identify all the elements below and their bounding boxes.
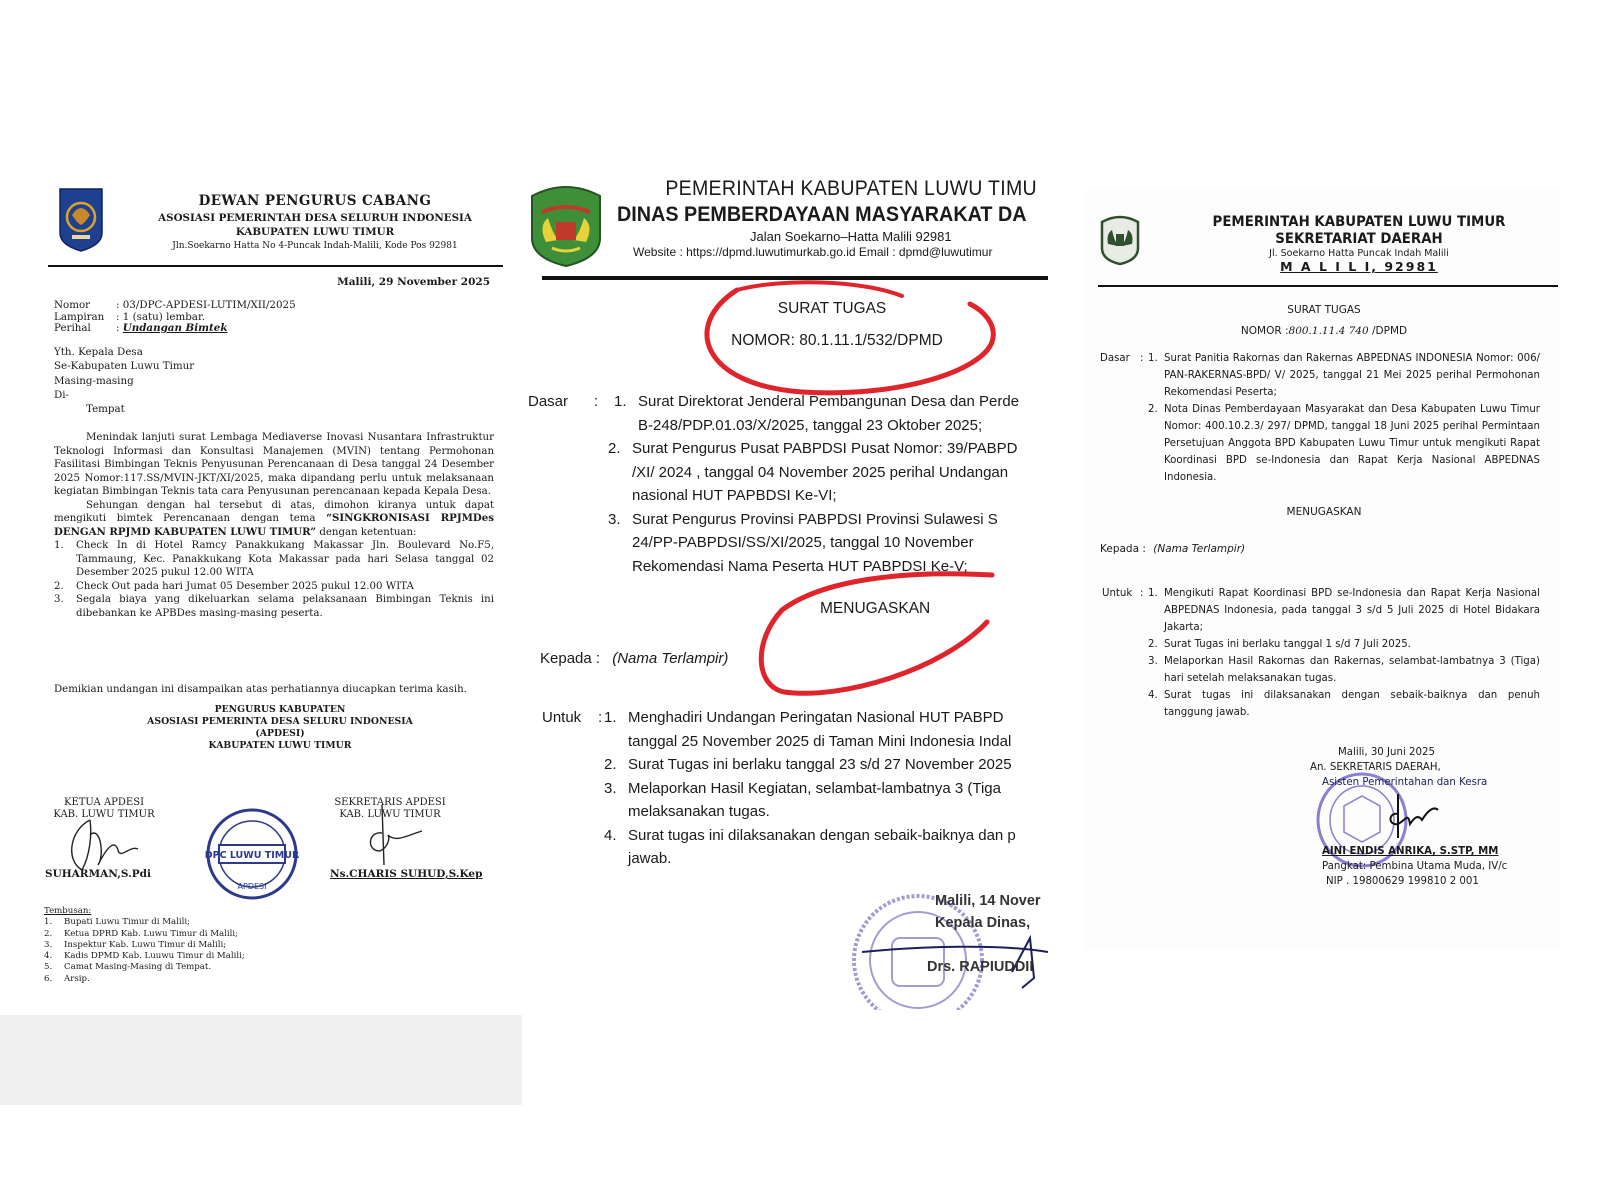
item-text: Inspektur Kab. Luwu Timur di Malili; — [64, 940, 226, 951]
letterhead: DEWAN PENGURUS CABANG ASOSIASI PEMERINTA… — [115, 193, 515, 251]
copies-title: Tembusan: — [44, 906, 245, 917]
signatory-org: PENGURUS KABUPATEN ASOSIASI PEMERINTA DE… — [80, 704, 480, 752]
item-text: Menghadiri Undangan Peringatan Nasional … — [628, 706, 1011, 730]
item-number: 2. — [1148, 636, 1164, 653]
chair-name: SUHARMAN,S.Pdi — [45, 868, 151, 880]
dasar-list: 1.Surat Panitia Rakornas dan Rakernas AB… — [1148, 350, 1540, 486]
item-text: Check In di Hotel Ramcy Panakkukang Maka… — [76, 539, 494, 580]
list-item: 3.Segala biaya yang dikeluarkan selama p… — [54, 593, 494, 620]
item-number: 3. — [608, 508, 632, 579]
list-item: 1.Bupati Luwu Timur di Malili; — [44, 917, 245, 928]
signature-block: Malili, 14 Nover Kepala Dinas, Drs. RAPI… — [935, 890, 1041, 978]
list-item: 1.Surat Panitia Rakornas dan Rakernas AB… — [1148, 350, 1540, 401]
perihal-label: Perihal — [54, 323, 116, 335]
item-number: 2. — [44, 929, 64, 940]
nomor-prefix: NOMOR : — [1241, 325, 1289, 337]
agency-name: SEKRETARIAT DAERAH — [1180, 231, 1539, 247]
list-item: 2.Surat Tugas ini berlaku tanggal 1 s/d … — [1148, 636, 1540, 653]
item-text: Surat Direktorat Jenderal Pembangunan De… — [638, 390, 1019, 414]
gov-name: PEMERINTAH KABUPATEN LUWU TIMUR — [1180, 214, 1539, 230]
perihal-sep: : — [116, 322, 123, 334]
item-text: Surat Tugas ini berlaku tanggal 23 s/d 2… — [628, 753, 1012, 777]
sign-title: Kepala Dinas, — [935, 912, 1041, 934]
dasar-list: 1.Surat Direktorat Jenderal Pembangunan … — [614, 390, 1048, 578]
list-item: 2.Surat Tugas ini berlaku tanggal 23 s/d… — [604, 753, 1048, 777]
recipient-place: Tempat — [54, 402, 194, 416]
item-number: 5. — [44, 962, 64, 973]
dasar-colon: : — [1140, 350, 1143, 367]
item-text: 24/PP-PABPDSI/SS/XI/2025, tanggal 10 Nov… — [632, 531, 998, 555]
untuk-list: 1.Mengikuti Rapat Koordinasi BPD se-Indo… — [1148, 585, 1540, 721]
nomor-value: : 03/DPC-APDESI-LUTIM/XII/2025 — [116, 300, 296, 312]
recipient-block: Yth. Kepala Desa Se-Kabupaten Luwu Timur… — [54, 345, 194, 416]
letter-number: NOMOR :800.1.11.4 740 /DPMD — [1184, 325, 1464, 337]
item-number: 3. — [44, 940, 64, 951]
copies-list: Tembusan: 1.Bupati Luwu Timur di Malili;… — [44, 906, 245, 985]
signatory-org-line: (APDESI) — [80, 728, 480, 740]
scan-margin — [0, 1015, 522, 1105]
list-item: 2.Ketua DPRD Kab. Luwu Timur di Malili; — [44, 929, 245, 940]
closing-paragraph: Demikian undangan ini disampaikan atas p… — [54, 683, 494, 697]
sign-nip: NIP . 19800629 199810 2 001 — [1310, 874, 1560, 889]
item-text: Surat Panitia Rakornas dan Rakernas ABPE… — [1164, 350, 1540, 401]
letterhead: PEMERINTAH KABUPATEN LUWU TIMU DINAS PEM… — [617, 177, 1048, 259]
item-text: nasional HUT PAPBDSI Ke-VI; — [632, 484, 1017, 508]
untuk-label: Untuk — [1102, 585, 1132, 602]
letter-number: NOMOR: 80.1.11.1/532/DPMD — [702, 332, 972, 350]
letter-body: Menindak lanjuti surat Lembaga Mediavers… — [54, 431, 494, 620]
list-item: 6.Arsip. — [44, 974, 245, 985]
agency-contact: Website : https://dpmd.luwutimurkab.go.i… — [617, 245, 1048, 259]
item-text: Rekomendasi Nama Peserta HUT PABPDSI Ke-… — [632, 555, 998, 579]
sign-name: Drs. RAPIUDDII — [927, 956, 1041, 978]
item-number: 1. — [1148, 350, 1164, 401]
item-text: /XI/ 2024 , tanggal 04 November 2025 per… — [632, 461, 1017, 485]
item-text: Check Out pada hari Jumat 05 Desember 20… — [76, 580, 494, 594]
recipient-line: Masing-masing — [54, 374, 194, 388]
agency-address: Jl. Soekarno Hatta Puncak Indah Malili — [1164, 248, 1554, 259]
letterhead: PEMERINTAH KABUPATEN LUWU TIMUR SEKRETAR… — [1164, 214, 1554, 274]
list-item: 3.Melaporkan Hasil Kegiatan, selambat-la… — [604, 777, 1048, 824]
list-item: 1.Menghadiri Undangan Peringatan Nasiona… — [604, 706, 1048, 753]
signature-space — [935, 934, 1041, 956]
secretary-name: Ns.CHARIS SUHUD,S.Kep — [330, 868, 482, 880]
letter-title: SURAT TUGAS — [702, 300, 962, 318]
signature-block: Malili, 30 Juni 2025 An. SEKRETARIS DAER… — [1310, 745, 1560, 889]
letter-date: Malili, 29 November 2025 — [300, 276, 490, 288]
untuk-colon: : — [598, 706, 602, 730]
letter-meta: Nomor: 03/DPC-APDESI-LUTIM/XII/2025 Lamp… — [54, 300, 296, 335]
apdesi-logo-icon — [58, 187, 104, 253]
item-text: melaksanakan tugas. — [628, 800, 1001, 824]
org-association: ASOSIASI PEMERINTAH DESA SELURUH INDONES… — [115, 212, 515, 224]
letter-title: SURAT TUGAS — [1204, 304, 1444, 316]
list-item: 5.Camat Masing-Masing di Tempat. — [44, 962, 245, 973]
item-number: 6. — [44, 974, 64, 985]
signature-icon — [60, 815, 150, 875]
list-item: 1.Surat Direktorat Jenderal Pembangunan … — [614, 390, 1048, 437]
item-number: 3. — [54, 593, 76, 620]
item-number: 1. — [604, 706, 628, 753]
nomor-label: Nomor — [54, 300, 116, 312]
letterhead-divider — [1098, 285, 1558, 287]
item-text: Melaporkan Hasil Kegiatan, selambat-lamb… — [628, 777, 1001, 801]
nomor-suffix: /DPMD — [1369, 325, 1407, 337]
recipient-line: Di- — [54, 388, 194, 402]
sign-date: Malili, 14 Nover — [935, 890, 1041, 912]
paragraph-intro: Menindak lanjuti surat Lembaga Mediavers… — [54, 431, 494, 499]
item-text: Ketua DPRD Kab. Luwu Timur di Malili; — [64, 929, 238, 940]
item-text: Nota Dinas Pemberdayaan Masyarakat dan D… — [1164, 401, 1540, 486]
recipient-line: Yth. Kepala Desa — [54, 345, 194, 359]
item-number: 2. — [54, 580, 76, 594]
agency-address: Jalan Soekarno–Hatta Malili 92981 — [617, 229, 1048, 244]
item-text: Surat Pengurus Pusat PABPDSI Pusat Nomor… — [632, 437, 1017, 461]
sign-on-behalf: An. SEKRETARIS DAERAH, — [1310, 760, 1560, 775]
item-number: 4. — [44, 951, 64, 962]
kepada-label: Kepada : — [1100, 543, 1146, 555]
item-number: 2. — [608, 437, 632, 508]
item-number: 1. — [614, 390, 638, 437]
signature-icon — [360, 803, 440, 873]
item-text: Bupati Luwu Timur di Malili; — [64, 917, 190, 928]
item-text: Arsip. — [64, 974, 90, 985]
list-item: 1.Mengikuti Rapat Koordinasi BPD se-Indo… — [1148, 585, 1540, 636]
signature-icon — [1384, 790, 1444, 844]
signatory-org-line: ASOSIASI PEMERINTA DESA SELURU INDONESIA — [80, 716, 480, 728]
item-text: Segala biaya yang dikeluarkan selama pel… — [76, 593, 494, 620]
item-text: jawab. — [628, 847, 1016, 871]
item-number: 3. — [604, 777, 628, 824]
kepada-value: (Nama Terlampir) — [612, 650, 728, 667]
list-item: 3.Melaporkan Hasil Rakornas dan Rakernas… — [1148, 653, 1540, 687]
kepada-value: (Nama Terlampir) — [1153, 543, 1245, 555]
item-number: 2. — [604, 753, 628, 777]
list-item: 2.Surat Pengurus Pusat PABPDSI Pusat Nom… — [608, 437, 1048, 508]
item-text: Surat tugas ini dilaksanakan dengan seba… — [1164, 687, 1540, 721]
dpmd-assignment-letter: PEMERINTAH KABUPATEN LUWU TIMU DINAS PEM… — [522, 110, 1048, 1010]
untuk-list: 1.Menghadiri Undangan Peringatan Nasiona… — [604, 706, 1048, 871]
dasar-colon: : — [594, 390, 598, 414]
item-text: Surat Tugas ini berlaku tanggal 1 s/d 7 … — [1164, 636, 1411, 653]
sign-date: Malili, 30 Juni 2025 — [1310, 745, 1560, 760]
list-item: 4.Surat tugas ini dilaksanakan dengan se… — [1148, 687, 1540, 721]
kepada-row: Kepada : (Nama Terlampir) — [1100, 543, 1245, 555]
sign-name: AINI ENDIS ANRIKA, S.STP, MM — [1310, 844, 1560, 859]
untuk-colon: : — [1140, 585, 1143, 602]
signatory-org-line: PENGURUS KABUPATEN — [80, 704, 480, 716]
item-text: tanggal 25 November 2025 di Taman Mini I… — [628, 730, 1011, 754]
item-text: B-248/PDP.01.03/X/2025, tanggal 23 Oktob… — [638, 414, 1019, 438]
org-region: KABUPATEN LUWU TIMUR — [115, 226, 515, 238]
letterhead-divider — [48, 265, 503, 267]
signatory-org-line: KABUPATEN LUWU TIMUR — [80, 740, 480, 752]
item-number: 1. — [54, 539, 76, 580]
letterhead-divider — [542, 276, 1048, 280]
list-item: 3.Inspektur Kab. Luwu Timur di Malili; — [44, 940, 245, 951]
list-item: 4.Surat tugas ini dilaksanakan dengan se… — [604, 824, 1048, 871]
item-text: Melaporkan Hasil Rakornas dan Rakernas, … — [1164, 653, 1540, 687]
luwu-timur-logo-icon — [528, 182, 604, 268]
item-text: Surat tugas ini dilaksanakan dengan seba… — [628, 824, 1016, 848]
agency-name: DINAS PEMBERDAYAAN MASYARAKAT DA — [617, 202, 1048, 227]
agency-city: M A L I L I, 92981 — [1164, 259, 1554, 274]
dasar-label: Dasar — [528, 390, 568, 414]
svg-text:APDESI: APDESI — [238, 882, 267, 891]
item-number: 2. — [1148, 401, 1164, 486]
paragraph-request-tail: dengan ketentuan: — [316, 527, 416, 538]
luwu-timur-logo-icon — [1098, 214, 1142, 266]
item-number: 1. — [1148, 585, 1164, 636]
menugaskan-heading: MENUGASKAN — [1244, 506, 1404, 518]
setda-assignment-letter: PEMERINTAH KABUPATEN LUWU TIMUR SEKRETAR… — [1084, 190, 1560, 950]
list-item: 2.Nota Dinas Pemberdayaan Masyarakat dan… — [1148, 401, 1540, 486]
org-address: Jln.Soekarno Hatta No 4-Puncak Indah-Mal… — [115, 241, 515, 251]
item-number: 4. — [604, 824, 628, 871]
chair-title-line: KETUA APDESI — [44, 797, 164, 809]
kepada-label: Kepada : — [540, 650, 600, 667]
perihal-value: Undangan Bimtek — [123, 322, 228, 334]
gov-name: PEMERINTAH KABUPATEN LUWU TIMU — [617, 177, 1048, 201]
sign-title: Asisten Pemerintahan dan Kesra — [1310, 775, 1560, 790]
list-item: 3.Surat Pengurus Provinsi PABPDSI Provin… — [608, 508, 1048, 579]
item-number: 1. — [44, 917, 64, 928]
item-text: Camat Masing-Masing di Tempat. — [64, 962, 211, 973]
provisions-list: 1.Check In di Hotel Ramcy Panakkukang Ma… — [54, 539, 494, 620]
paragraph-request: Sehungan dengan hal tersebut di atas, di… — [54, 499, 494, 540]
item-number: 4. — [1148, 687, 1164, 721]
menugaskan-heading: MENUGASKAN — [820, 600, 930, 618]
svg-text:DPC LUWU TIMUR: DPC LUWU TIMUR — [205, 850, 299, 861]
apdesi-invitation-letter: DEWAN PENGURUS CABANG ASOSIASI PEMERINTA… — [0, 175, 530, 1105]
dasar-label: Dasar — [1100, 350, 1130, 367]
nomor-handwritten: 800.1.11.4 740 — [1289, 325, 1369, 337]
item-text: Surat Pengurus Provinsi PABPDSI Provinsi… — [632, 508, 998, 532]
untuk-label: Untuk — [542, 706, 581, 730]
recipient-line: Se-Kabupaten Luwu Timur — [54, 359, 194, 373]
list-item: 2.Check Out pada hari Jumat 05 Desember … — [54, 580, 494, 594]
kepada-row: Kepada : (Nama Terlampir) — [540, 647, 728, 671]
list-item: 4.Kadis DPMD Kab. Luuwu Timur di Malili; — [44, 951, 245, 962]
org-name: DEWAN PENGURUS CABANG — [115, 193, 515, 209]
item-text: Kadis DPMD Kab. Luuwu Timur di Malili; — [64, 951, 245, 962]
item-text: Mengikuti Rapat Koordinasi BPD se-Indone… — [1164, 585, 1540, 636]
item-number: 3. — [1148, 653, 1164, 687]
sign-rank: Pangkat: Pembina Utama Muda, IV/c — [1310, 859, 1560, 874]
list-item: 1.Check In di Hotel Ramcy Panakkukang Ma… — [54, 539, 494, 580]
stamp-icon: DPC LUWU TIMUR APDESI — [205, 807, 299, 901]
